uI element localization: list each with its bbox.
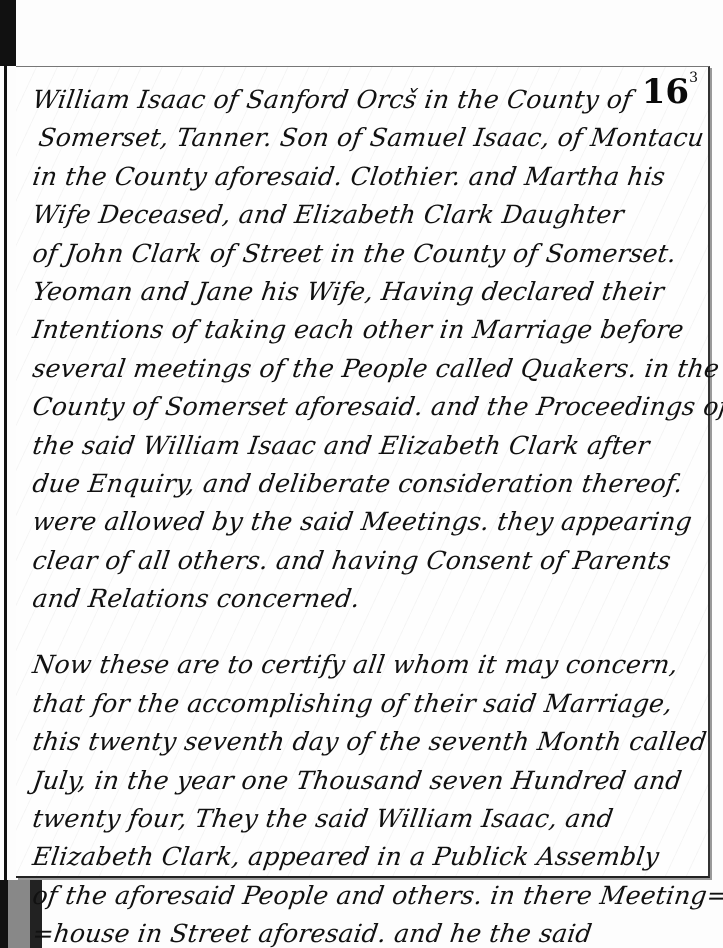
paragraph-gap bbox=[30, 618, 684, 646]
text-line: this twenty seventh day of the seventh M… bbox=[30, 723, 689, 761]
text-line: of the aforesaid People and others. in t… bbox=[30, 877, 689, 915]
text-line: were allowed by the said Meetings. they … bbox=[30, 503, 689, 541]
text-line: Somerset, Tanner. Son of Samuel Isaac, o… bbox=[30, 119, 689, 157]
text-line: due Enquiry, and deliberate consideratio… bbox=[30, 465, 689, 503]
text-line: clear of all others. and having Consent … bbox=[30, 542, 689, 580]
text-line: Elizabeth Clark, appeared in a Publick A… bbox=[30, 838, 689, 876]
text-line: William Isaac of Sanford Orcš in the Cou… bbox=[30, 81, 689, 119]
folio-superscript: 3 bbox=[689, 70, 698, 86]
binding-edge-top bbox=[0, 0, 16, 66]
text-line: that for the accomplishing of their said… bbox=[30, 685, 689, 723]
text-line: Now these are to certify all whom it may… bbox=[30, 646, 689, 684]
text-line: Intentions of taking each other in Marri… bbox=[30, 311, 689, 349]
text-line: in the County aforesaid. Clothier. and M… bbox=[30, 158, 689, 196]
text-line: County of Somerset aforesaid. and the Pr… bbox=[30, 388, 689, 426]
text-line: Yeoman and Jane his Wife, Having declare… bbox=[30, 273, 689, 311]
manuscript-text: William Isaac of Sanford Orcš in the Cou… bbox=[30, 81, 684, 948]
text-line: the said William Isaac and Elizabeth Cla… bbox=[30, 427, 689, 465]
binding-edge-rule bbox=[4, 66, 7, 880]
text-line: twenty four, They the said William Isaac… bbox=[30, 800, 689, 838]
text-line: =house in Street aforesaid. and he the s… bbox=[30, 915, 689, 948]
text-line: of John Clark of Street in the County of… bbox=[30, 235, 689, 273]
text-line: and Relations concerned. bbox=[30, 580, 689, 618]
manuscript-page: 163 William Isaac of Sanford Orcš in the… bbox=[16, 66, 710, 878]
text-line: Wife Deceased, and Elizabeth Clark Daugh… bbox=[30, 196, 689, 234]
text-line: several meetings of the People called Qu… bbox=[30, 350, 689, 388]
text-line: July, in the year one Thousand seven Hun… bbox=[30, 762, 689, 800]
